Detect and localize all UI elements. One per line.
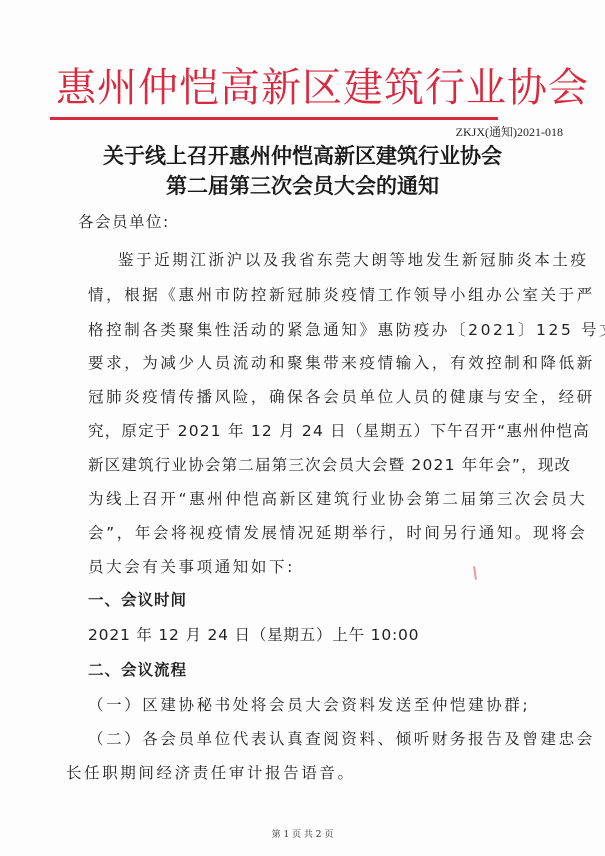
- paragraph-line: 会”，年会将视疫情发展情况延期举行，时间另行通知。现将会: [88, 523, 587, 543]
- section-heading-meeting-process: 二、会议流程: [88, 660, 187, 680]
- paragraph-line: 员大会有关事项通知如下:: [88, 557, 295, 577]
- meeting-time-value: 2021 年 12 月 24 日（星期五）上午 10:00: [88, 625, 419, 645]
- paragraph-line: 究，原定于 2021 年 12 月 24 日（星期五）下午召开“惠州仲恺高: [88, 421, 590, 441]
- notice-title-line-1: 关于线上召开惠州仲恺高新区建筑行业协会: [40, 142, 565, 170]
- process-item-2: （二）各会员单位代表认真查阅资料、倾听财务报告及曾建忠会: [88, 729, 595, 749]
- red-ink-mark: [473, 566, 477, 580]
- process-item-1: （一）区建协秘书处将会员大会资料发送至仲恺建协群;: [88, 695, 530, 715]
- paragraph-line: 格控制各类聚集性活动的紧急通知》惠防疫办〔2021〕125 号文件: [88, 320, 605, 340]
- notice-title-line-2: 第二届第三次会员大会的通知: [40, 172, 565, 200]
- paragraph-line: 为线上召开“惠州仲恺高新区建筑行业协会第二届第三次会员大: [88, 489, 587, 509]
- document-page: 惠州仲恺高新区建筑行业协会 ZKJX(通知)2021-018 关于线上召开惠州仲…: [0, 0, 605, 856]
- letterhead-organization-name: 惠州仲恺高新区建筑行业协会: [56, 64, 556, 112]
- paragraph-line: 冠肺炎疫情传播风险，确保各会员单位人员的健康与安全，经研: [88, 387, 595, 407]
- process-item-2-continued: 长任职期间经济责任审计报告语音。: [66, 763, 356, 783]
- salutation: 各会员单位:: [78, 212, 170, 232]
- page-indicator: 第 1 页 共 2 页: [0, 827, 605, 840]
- paragraph-line: 要求，为减少人员流动和聚集带来疫情输入，有效控制和降低新: [88, 353, 595, 373]
- paragraph-line: 鉴于近期江浙沪以及我省东莞大朗等地发生新冠肺炎本土疫: [118, 250, 589, 270]
- paragraph-line: 新区建筑行业协会第二届第三次会员大会暨 2021 年年会”，现改: [88, 455, 571, 475]
- letterhead-red-rule: [50, 117, 498, 120]
- paragraph-line: 情，根据《惠州市防控新冠肺炎疫情工作领导小组办公室关于严: [88, 285, 595, 305]
- section-heading-meeting-time: 一、会议时间: [88, 590, 187, 610]
- document-number: ZKJX(通知)2021-018: [456, 123, 563, 140]
